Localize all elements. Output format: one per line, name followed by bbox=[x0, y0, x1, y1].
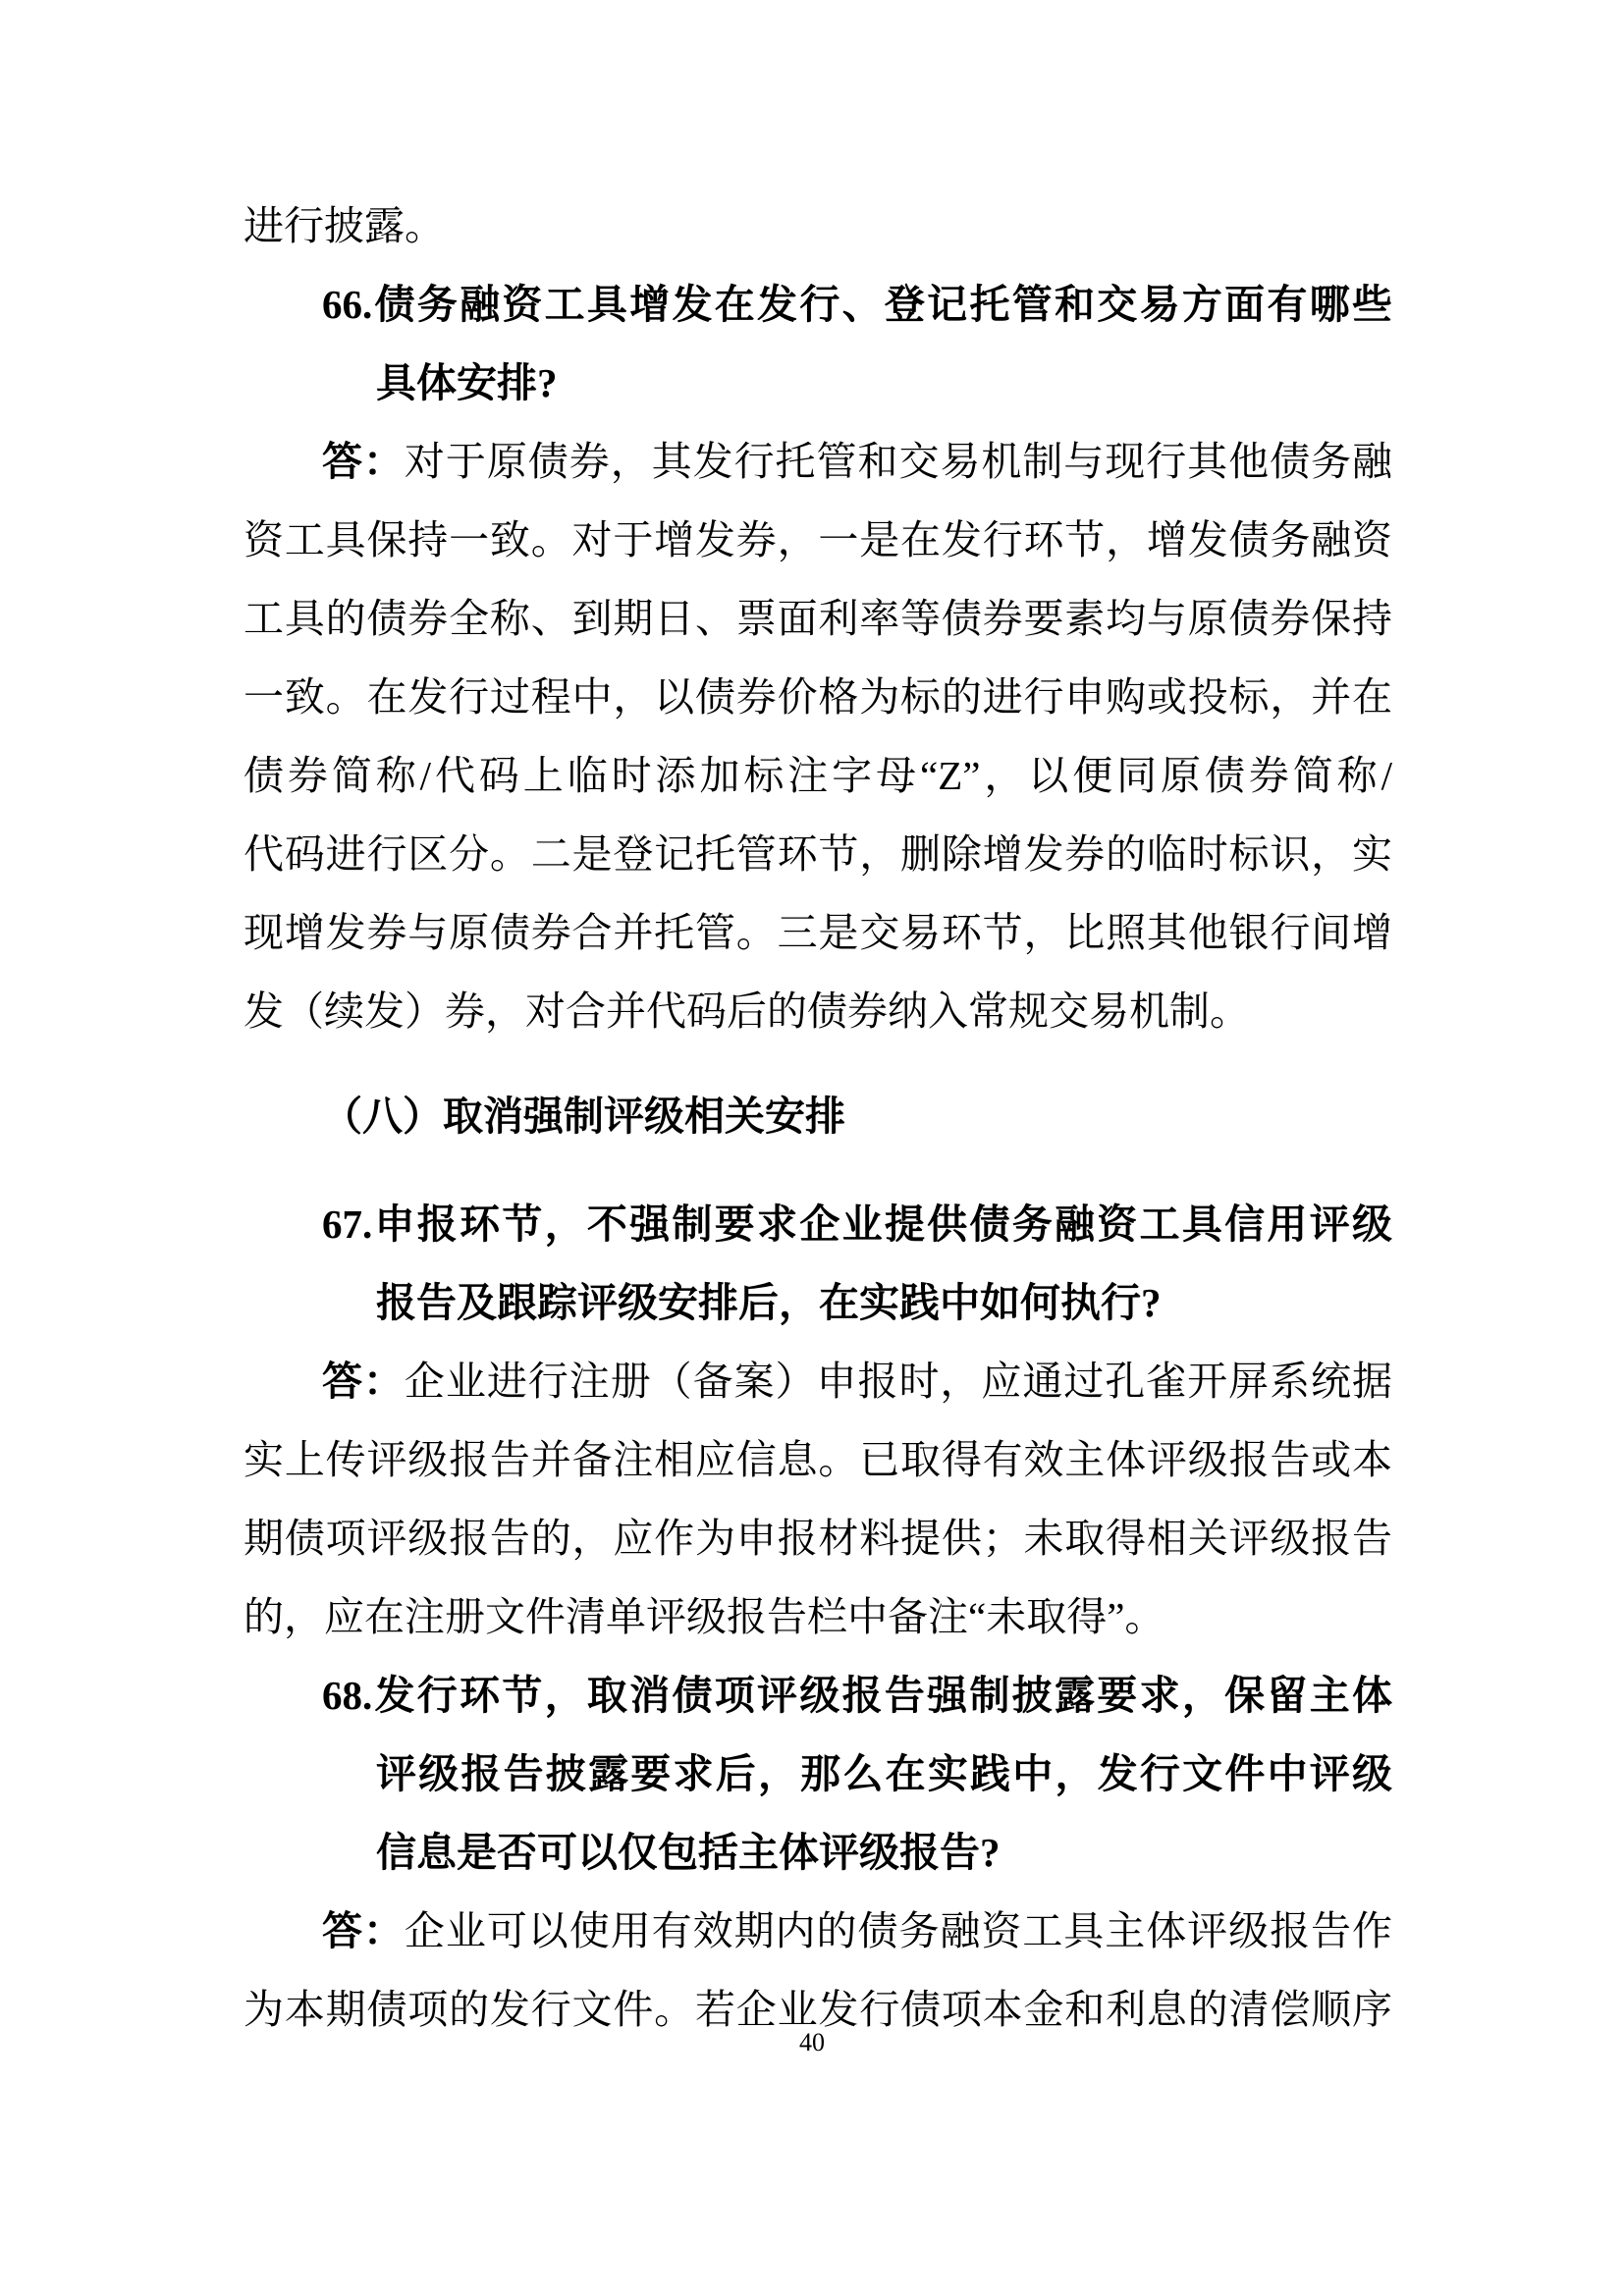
answer-68-label: 答： bbox=[322, 1908, 405, 1953]
document-body: 进行披露。 66.债务融资工具增发在发行、登记托管和交易方面有哪些 具体安排? … bbox=[244, 187, 1392, 2049]
answer-67-line-1: 答：企业进行注册（备案）申报时，应通过孔雀开屏系统据 bbox=[244, 1342, 1392, 1420]
answer-66-line-7: 现增发券与原债券合并托管。三是交易环节，比照其他银行间增 bbox=[244, 893, 1392, 972]
answer-66-text: 对于原债券，其发行托管和交易机制与现行其他债务融 bbox=[405, 439, 1392, 484]
answer-67-label: 答： bbox=[322, 1359, 405, 1404]
answer-66-line-3: 工具的债券全称、到期日、票面利率等债券要素均与原债券保持 bbox=[244, 579, 1392, 658]
answer-66-line-6: 代码进行区分。二是登记托管环节，删除增发券的临时标识，实 bbox=[244, 815, 1392, 893]
answer-66-line-4: 一致。在发行过程中，以债券价格为标的进行申购或投标，并在 bbox=[244, 658, 1392, 736]
page-number: 40 bbox=[0, 2028, 1624, 2057]
question-67-line-1: 67.申报环节，不强制要求企业提供债务融资工具信用评级 bbox=[244, 1185, 1392, 1263]
answer-66-label: 答： bbox=[322, 439, 405, 484]
section-8-heading: （八）取消强制评级相关安排 bbox=[244, 1077, 1392, 1155]
answer-67-line-2: 实上传评级报告并备注相应信息。已取得有效主体评级报告或本 bbox=[244, 1420, 1392, 1499]
question-68-number: 68. bbox=[322, 1673, 372, 1718]
question-68-line-2: 评级报告披露要求后，那么在实践中，发行文件中评级 bbox=[244, 1735, 1392, 1813]
paragraph-continuation-line: 进行披露。 bbox=[244, 187, 1392, 265]
answer-66-line-2: 资工具保持一致。对于增发券，一是在发行环节，增发债务融资 bbox=[244, 501, 1392, 579]
document-page: 进行披露。 66.债务融资工具增发在发行、登记托管和交易方面有哪些 具体安排? … bbox=[0, 0, 1624, 2296]
question-67-line-2: 报告及跟踪评级安排后，在实践中如何执行? bbox=[244, 1263, 1392, 1342]
question-66-number: 66. bbox=[322, 282, 372, 327]
question-68-line-1: 68.发行环节，取消债项评级报告强制披露要求，保留主体 bbox=[244, 1656, 1392, 1735]
question-68-text: 发行环节，取消债项评级报告强制披露要求，保留主体 bbox=[372, 1673, 1392, 1718]
answer-66-line-5: 债券简称/代码上临时添加标注字母“Z”，以便同原债券简称/ bbox=[244, 736, 1392, 815]
question-68-line-3: 信息是否可以仅包括主体评级报告? bbox=[244, 1813, 1392, 1892]
answer-67-line-4: 的，应在注册文件清单评级报告栏中备注“未取得”。 bbox=[244, 1577, 1392, 1656]
answer-66-line-8: 发（续发）券，对合并代码后的债券纳入常规交易机制。 bbox=[244, 972, 1392, 1050]
question-66-line-2: 具体安排? bbox=[244, 344, 1392, 422]
answer-67-line-3: 期债项评级报告的，应作为申报材料提供；未取得相关评级报告 bbox=[244, 1499, 1392, 1577]
question-66-line-1: 66.债务融资工具增发在发行、登记托管和交易方面有哪些 bbox=[244, 265, 1392, 344]
answer-67-text: 企业进行注册（备案）申报时，应通过孔雀开屏系统据 bbox=[405, 1359, 1392, 1404]
question-67-text: 申报环节，不强制要求企业提供债务融资工具信用评级 bbox=[372, 1201, 1392, 1247]
question-67-number: 67. bbox=[322, 1201, 372, 1247]
question-66-text: 债务融资工具增发在发行、登记托管和交易方面有哪些 bbox=[372, 282, 1392, 327]
answer-68-line-1: 答：企业可以使用有效期内的债务融资工具主体评级报告作 bbox=[244, 1892, 1392, 1970]
answer-66-line-1: 答：对于原债券，其发行托管和交易机制与现行其他债务融 bbox=[244, 422, 1392, 501]
answer-68-text: 企业可以使用有效期内的债务融资工具主体评级报告作 bbox=[405, 1908, 1392, 1953]
